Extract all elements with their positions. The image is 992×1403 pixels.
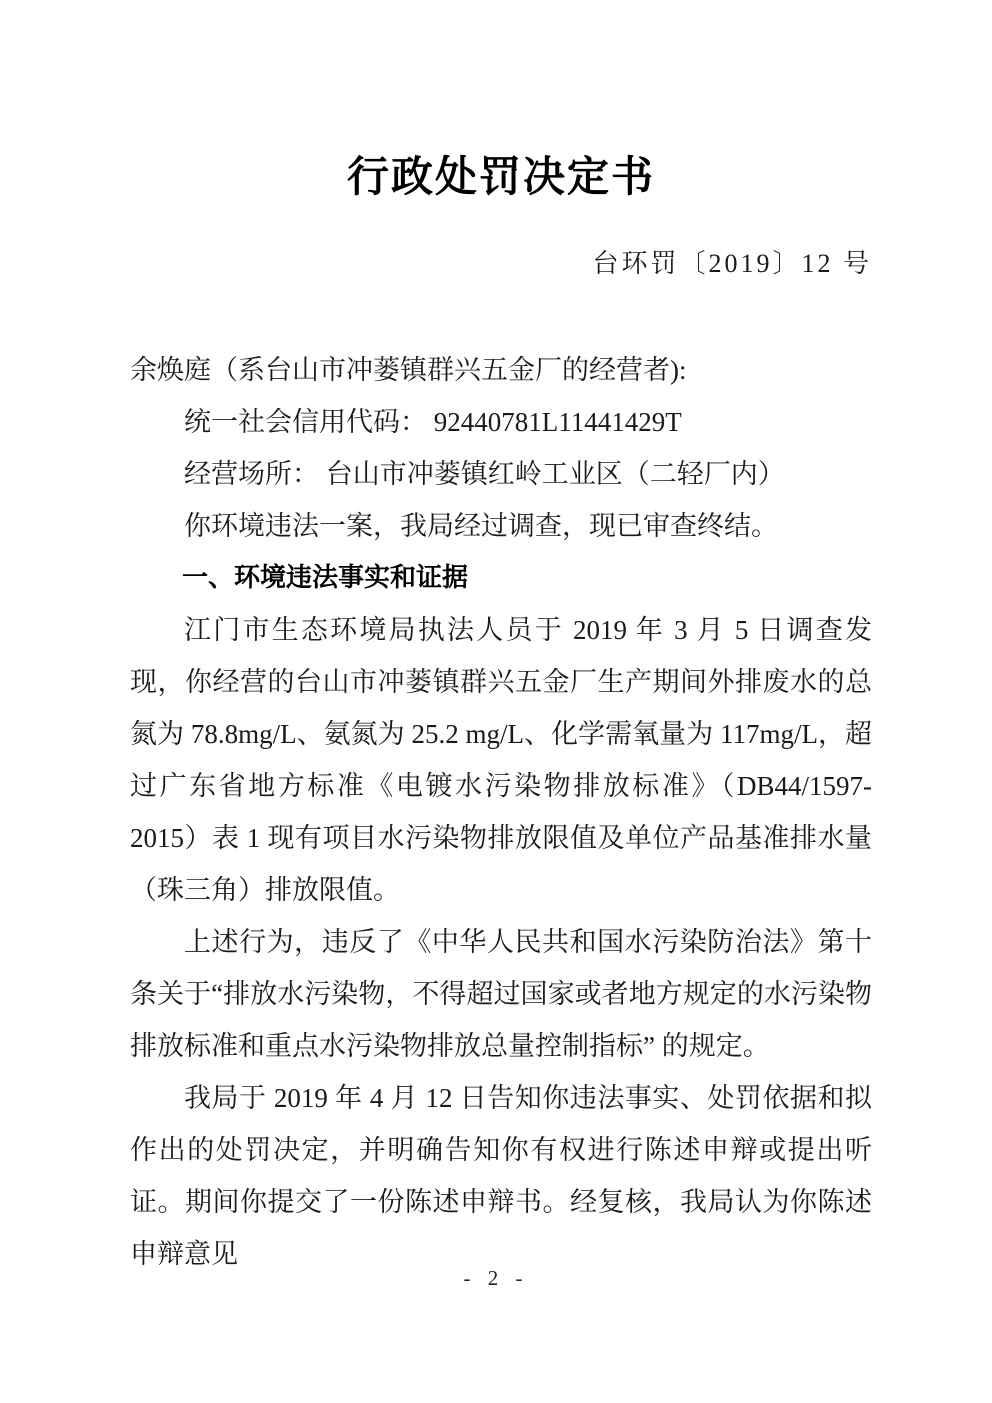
document-content: 行政处罚决定书 台环罚〔2019〕12 号 余焕庭（系台山市冲蒌镇群兴五金厂的经…: [130, 0, 872, 1280]
paragraph-investigation-facts: 江门市生态环境局执法人员于 2019 年 3 月 5 日调查发现，你经营的台山市…: [130, 604, 872, 916]
section-heading-violation-facts: 一、环境违法事实和证据: [130, 552, 872, 604]
document-title: 行政处罚决定书: [130, 152, 872, 205]
paragraph-penalty-notification: 我局于 2019 年 4 月 12 日告知你违法事实、处罚依据和拟作出的处罚决定…: [130, 1072, 872, 1280]
case-intro-line: 你环境违法一案，我局经过调查，现已审查终结。: [130, 500, 872, 552]
paragraph-law-violation: 上述行为，违反了《中华人民共和国水污染防治法》第十条关于“排放水污染物，不得超过…: [130, 916, 872, 1072]
document-page: 行政处罚决定书 台环罚〔2019〕12 号 余焕庭（系台山市冲蒌镇群兴五金厂的经…: [0, 0, 992, 1403]
business-address-line: 经营场所： 台山市冲蒌镇红岭工业区（二轻厂内）: [130, 448, 872, 500]
credit-code-line: 统一社会信用代码： 92440781L11441429T: [130, 396, 872, 448]
page-number: - 2 -: [0, 1266, 992, 1291]
recipient-line: 余焕庭（系台山市冲蒌镇群兴五金厂的经营者):: [130, 344, 872, 396]
document-number: 台环罚〔2019〕12 号: [130, 243, 872, 280]
document-body: 余焕庭（系台山市冲蒌镇群兴五金厂的经营者): 统一社会信用代码： 9244078…: [130, 344, 872, 1280]
